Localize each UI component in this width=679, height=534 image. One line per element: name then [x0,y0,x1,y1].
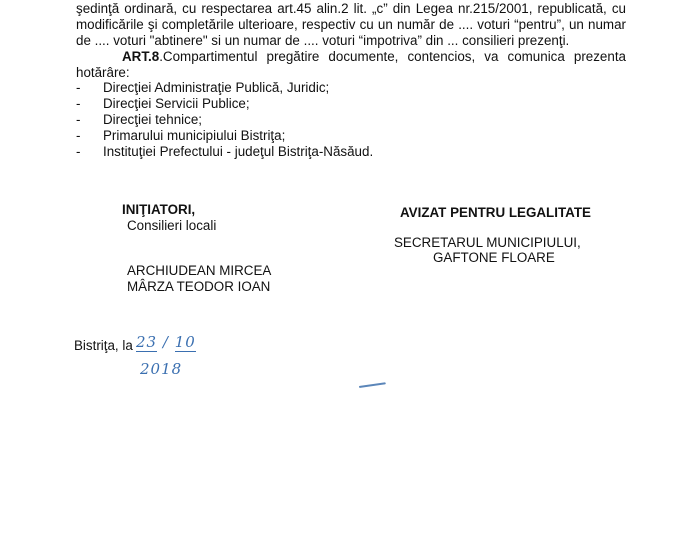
recipients-list: -Direcţiei Administraţie Publică, Juridi… [76,80,373,160]
initiator-name: MÂRZA TEODOR IOAN [127,279,270,295]
recipient-text: Direcţiei tehnice; [103,112,202,127]
initiators-heading: INIŢIATORI, [122,202,195,218]
bullet-dash: - [76,80,80,96]
list-item: -Primarului municipiului Bistriţa; [76,128,373,144]
handwritten-year: 2018 [140,360,182,378]
article-8-continuation: hotărâre: [76,65,626,81]
bullet-dash: - [76,96,80,112]
pen-stroke-mark [359,382,386,388]
list-item: -Instituţiei Prefectului - judeţul Bistr… [76,144,373,160]
initiators-subheading: Consilieri locali [127,218,216,234]
recipient-text: Direcţiei Servicii Publice; [103,96,250,111]
recipient-text: Primarului municipiului Bistriţa; [103,128,285,143]
list-item: -Direcţiei Administraţie Publică, Juridi… [76,80,373,96]
article-8-text: .Compartimentul pregătire documente, con… [159,49,626,64]
paragraph-voting: şedinţă ordinară, cu respectarea art.45 … [76,1,626,49]
handwritten-separator: / [163,333,169,351]
paragraph-line: şedinţă ordinară, cu respectarea art.45 … [76,1,626,17]
list-item: -Direcţiei tehnice; [76,112,373,128]
recipient-text: Instituţiei Prefectului - judeţul Bistri… [103,144,373,159]
handwritten-month: 10 [175,333,196,352]
place-date-label: Bistriţa, la [74,338,133,354]
bullet-dash: - [76,144,80,160]
paragraph-line: de .... voturi "abtinere" si un numar de… [76,33,626,49]
article-8-label: ART.8 [122,49,159,64]
paragraph-line: modificările şi completările ulterioare,… [76,17,626,33]
initiator-name: ARCHIUDEAN MIRCEA [127,263,271,279]
article-8-line: ART.8.Compartimentul pregătire documente… [76,49,626,65]
bullet-dash: - [76,128,80,144]
list-item: -Direcţiei Servicii Publice; [76,96,373,112]
handwritten-date: 23 / 10 [136,333,196,351]
legality-heading: AVIZAT PENTRU LEGALITATE [400,205,591,221]
recipient-text: Direcţiei Administraţie Publică, Juridic… [103,80,329,95]
secretary-name: GAFTONE FLOARE [433,250,555,266]
handwritten-day: 23 [136,333,157,352]
secretary-title: SECRETARUL MUNICIPIULUI, [394,235,581,251]
bullet-dash: - [76,112,80,128]
article-8: ART.8.Compartimentul pregătire documente… [76,49,626,81]
